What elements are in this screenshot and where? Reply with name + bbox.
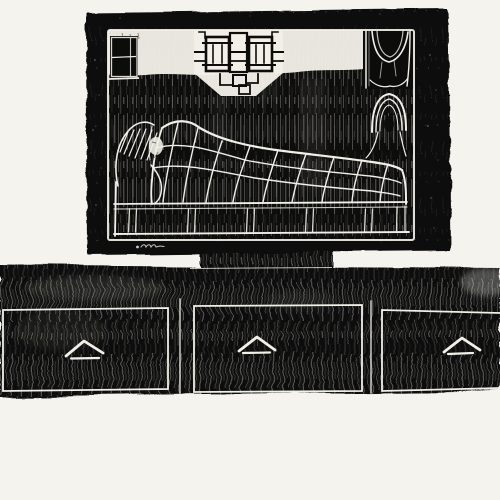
signature-dot	[136, 246, 139, 249]
television-set	[86, 9, 451, 255]
handle-underline	[448, 353, 473, 354]
bed-left-post	[115, 182, 116, 236]
face-patch	[149, 137, 163, 155]
handle-underline	[243, 353, 270, 354]
woodcut-print	[0, 0, 500, 500]
handle-underline	[71, 358, 99, 359]
arched-lamp-core	[384, 116, 394, 132]
window	[109, 36, 140, 79]
curtain	[363, 29, 414, 89]
artwork-canvas	[0, 0, 500, 500]
cabinet	[0, 265, 500, 397]
